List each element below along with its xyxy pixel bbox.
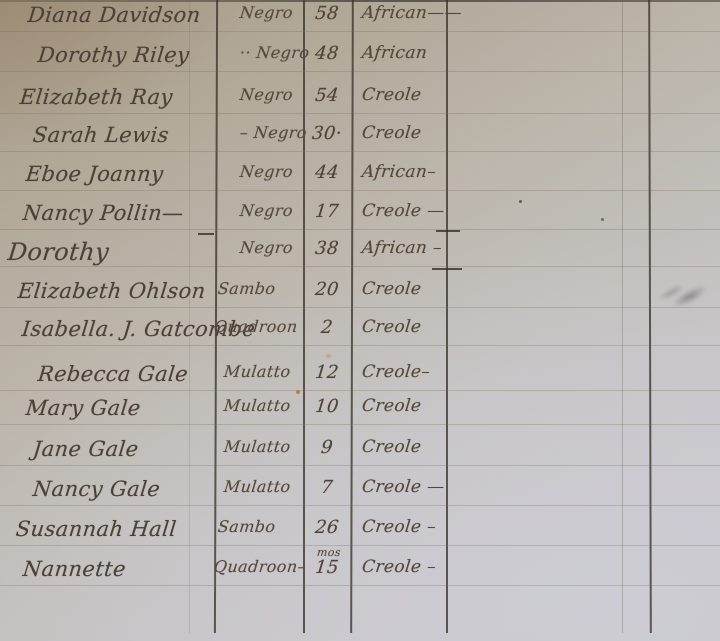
entry-designation: Negro	[239, 162, 294, 181]
entry-age: 17	[303, 201, 351, 222]
entry-name: Elizabeth Ray	[19, 85, 174, 109]
entry-age: 30·	[303, 123, 351, 144]
entry-origin: Creole –	[361, 517, 437, 537]
entry-origin: African –	[361, 238, 443, 258]
entry-age-note: mos	[305, 546, 352, 559]
entry-name: Susannah Hall	[15, 517, 178, 541]
entry-origin: Creole	[361, 396, 422, 416]
entry-designation: Negro	[239, 201, 294, 220]
entry-name: Dorothy Riley	[37, 43, 191, 67]
entry-age: 12	[303, 362, 351, 383]
entry-designation: Negro	[239, 238, 294, 257]
entry-name: Eboe Joanny	[25, 162, 165, 186]
ink-tick-mark	[432, 268, 462, 270]
entry-designation: Sambo	[217, 279, 277, 298]
entry-age: 15	[303, 557, 351, 578]
entry-name: Elizabeth Ohlson	[17, 279, 207, 303]
entry-designation: Mulatto	[223, 396, 292, 415]
entry-age: 2	[303, 317, 351, 338]
entry-origin: African——	[361, 3, 463, 23]
table-row: Eboe Joanny Negro 44 African–	[0, 162, 720, 196]
register-page: Diana Davidson Negro 58 African—— Doroth…	[0, 0, 720, 641]
entry-origin: Creole	[361, 85, 422, 105]
table-row: Nancy Gale Mulatto 7 Creole —	[0, 477, 720, 511]
entry-designation: Quadroon	[213, 317, 299, 336]
table-row: Susannah Hall Sambo 26 Creole –	[0, 517, 720, 551]
table-row: Nannette Quadroon– 15 mos Creole –	[0, 557, 720, 591]
entry-age: 38	[303, 238, 351, 259]
entry-name: Dorothy	[7, 238, 111, 266]
entry-designation: Sambo	[217, 517, 277, 536]
scan-top-edge	[0, 0, 720, 2]
ink-speck	[519, 200, 522, 203]
entry-origin: African–	[361, 162, 437, 182]
ink-tick-mark	[436, 230, 460, 232]
table-row: Diana Davidson Negro 58 African——	[0, 3, 720, 37]
table-row: Mary Gale Mulatto 10 Creole	[0, 396, 720, 430]
entry-name: Nancy Gale	[32, 477, 162, 501]
ink-tick-mark	[198, 233, 214, 235]
ink-speck	[601, 218, 604, 221]
entry-name: Sarah Lewis	[32, 123, 170, 147]
entry-origin: African	[361, 43, 428, 63]
entry-origin: Creole —	[361, 477, 446, 497]
entry-age: 54	[303, 85, 351, 106]
table-row: Jane Gale Mulatto 9 Creole	[0, 437, 720, 471]
entry-age: 48	[303, 43, 351, 64]
entry-name: Mary Gale	[25, 396, 142, 420]
entry-name: Rebecca Gale	[37, 362, 190, 386]
table-row: Dorothy Riley ·· Negro 48 African	[0, 43, 720, 77]
entry-designation: ·· Negro	[239, 43, 310, 62]
stain-speck	[326, 354, 331, 358]
table-row: Elizabeth Ohlson Sambo 20 Creole	[0, 279, 720, 313]
entry-age: 26	[303, 517, 351, 538]
entry-designation: Mulatto	[223, 477, 292, 496]
entry-designation: Negro	[239, 85, 294, 104]
entry-name: Nannette	[22, 557, 127, 581]
entry-name: Diana Davidson	[27, 3, 202, 27]
table-row: Elizabeth Ray Negro 54 Creole	[0, 85, 720, 119]
entry-age: 20	[303, 279, 351, 300]
entry-age: 44	[303, 162, 351, 183]
entry-designation: Negro	[239, 3, 294, 22]
table-row: Nancy Pollin— Negro 17 Creole —	[0, 201, 720, 235]
entry-age: 58	[303, 3, 351, 24]
table-row: Isabella. J. Gatcombe Quadroon 2 Creole	[0, 317, 720, 351]
entry-designation: – Negro	[239, 123, 308, 142]
table-row: Dorothy Negro 38 African –	[0, 238, 720, 272]
entry-origin: Creole	[361, 437, 422, 457]
entry-designation: Quadroon–	[213, 557, 307, 576]
table-row: Rebecca Gale Mulatto 12 Creole–	[0, 362, 720, 396]
entry-origin: Creole	[361, 317, 422, 337]
entry-origin: Creole –	[361, 557, 437, 577]
entry-name: Jane Gale	[32, 437, 140, 461]
entry-origin: Creole	[361, 279, 422, 299]
table-row: Sarah Lewis – Negro 30· Creole	[0, 123, 720, 157]
rust-speck	[296, 390, 300, 394]
entry-age: 9	[303, 437, 351, 458]
entry-designation: Mulatto	[223, 362, 292, 381]
entry-designation: Mulatto	[223, 437, 292, 456]
entry-age: 10	[303, 396, 351, 417]
entry-origin: Creole —	[361, 201, 446, 221]
entry-origin: Creole	[361, 123, 422, 143]
entry-origin: Creole–	[361, 362, 431, 382]
entry-age: 7	[303, 477, 351, 498]
entry-name: Nancy Pollin—	[22, 201, 185, 225]
